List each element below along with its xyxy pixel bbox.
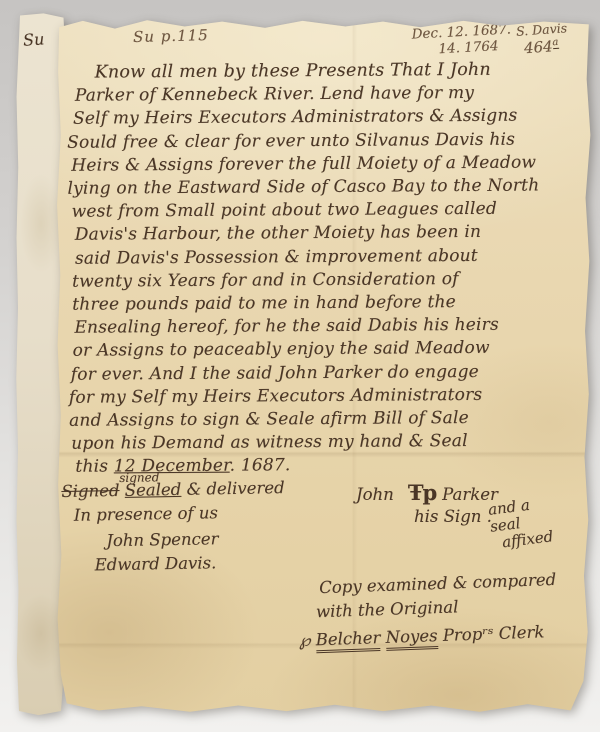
page-reference: Su p.115 <box>133 26 209 46</box>
deed-line: Ensealing hereof, for he the said Dabis … <box>74 313 571 340</box>
deed-line: west from Small point about two Leagues … <box>72 197 571 224</box>
signer-first-name: John <box>356 485 394 504</box>
signer-mark: Ŧp <box>394 480 442 505</box>
deed-line: and Assigns to sign & Seale afirm Bill o… <box>69 406 572 433</box>
clerk-title: Propʳˢ Clerk <box>437 622 544 645</box>
signature-block: JohnŦpParker his Sign . and a seal affix… <box>356 480 498 526</box>
witness-signature-1: John Spencer <box>106 526 286 553</box>
acreage-superscript: a <box>552 37 559 49</box>
deed-line: Know all men by these Presents That I Jo… <box>95 58 570 85</box>
signature-line: JohnŦpParker <box>356 480 498 505</box>
deed-line: Parker of Kennebeck River. Lend have for… <box>75 81 570 108</box>
struck-word: Signed <box>61 481 119 501</box>
clerk-sig-flourish: ℘ <box>299 630 316 650</box>
deed-line: Davis's Harbour, the other Moiety has be… <box>75 221 571 248</box>
seal-note: and a seal affixed <box>487 494 554 552</box>
witness-block: Signed signed Sealed & delivered In pres… <box>61 476 286 578</box>
deed-line: for ever. And I the said John Parker do … <box>71 360 572 387</box>
deed-line: Heirs & Assigns forever the full Moiety … <box>71 151 570 178</box>
deed-line: three pounds paid to me in hand before t… <box>72 290 571 317</box>
deed-line: Sould free & clear for ever unto Silvanu… <box>67 128 570 155</box>
deed-line: twenty six Years for and in Consideratio… <box>72 267 571 294</box>
interlinear-insertion: signed <box>119 465 160 490</box>
date-annotation: Dec. 12. 1687. 14. 1764 <box>411 21 512 58</box>
deed-line: lying on the Eastward Side of Casco Bay … <box>67 174 570 201</box>
manuscript-paper: Su p.115 Dec. 12. 1687. 14. 1764 S. Davi… <box>56 16 592 716</box>
date-line-2: 14. 1764 <box>438 37 512 57</box>
clerk-first-name: Belcher <box>315 628 380 653</box>
attestation-line: Signed signed Sealed & delivered <box>61 476 285 504</box>
clerk-signature: ℘ Belcher Noyes Propʳˢ Clerk <box>299 620 559 653</box>
deed-line: upon his Demand as witness my hand & Sea… <box>71 429 572 456</box>
mark-caption: his Sign . <box>414 507 498 526</box>
stub-label: Su <box>22 29 45 49</box>
deed-line: for my Self my Heirs Executors Administr… <box>69 383 572 410</box>
witness-signature-2: Edward Davis. <box>94 550 286 577</box>
presence-line: In presence of us <box>74 500 286 528</box>
acreage-annotation: 464a <box>523 37 559 57</box>
deed-line: Self my Heirs Executors Administrators &… <box>73 105 570 132</box>
name-reference: S. Davis <box>516 20 568 39</box>
certification-block: Copy examined & compared with the Origin… <box>319 568 559 652</box>
deed-line: said Davis's Possession & improvement ab… <box>75 244 571 271</box>
clerk-last-name: Noyes <box>385 626 438 651</box>
manuscript-sheet: Su p.115 Dec. 12. 1687. 14. 1764 S. Davi… <box>56 16 592 716</box>
deed-line: or Assigns to peaceably enjoy the said M… <box>72 337 571 364</box>
deed-body: Know all men by these Presents That I Jo… <box>65 58 573 479</box>
